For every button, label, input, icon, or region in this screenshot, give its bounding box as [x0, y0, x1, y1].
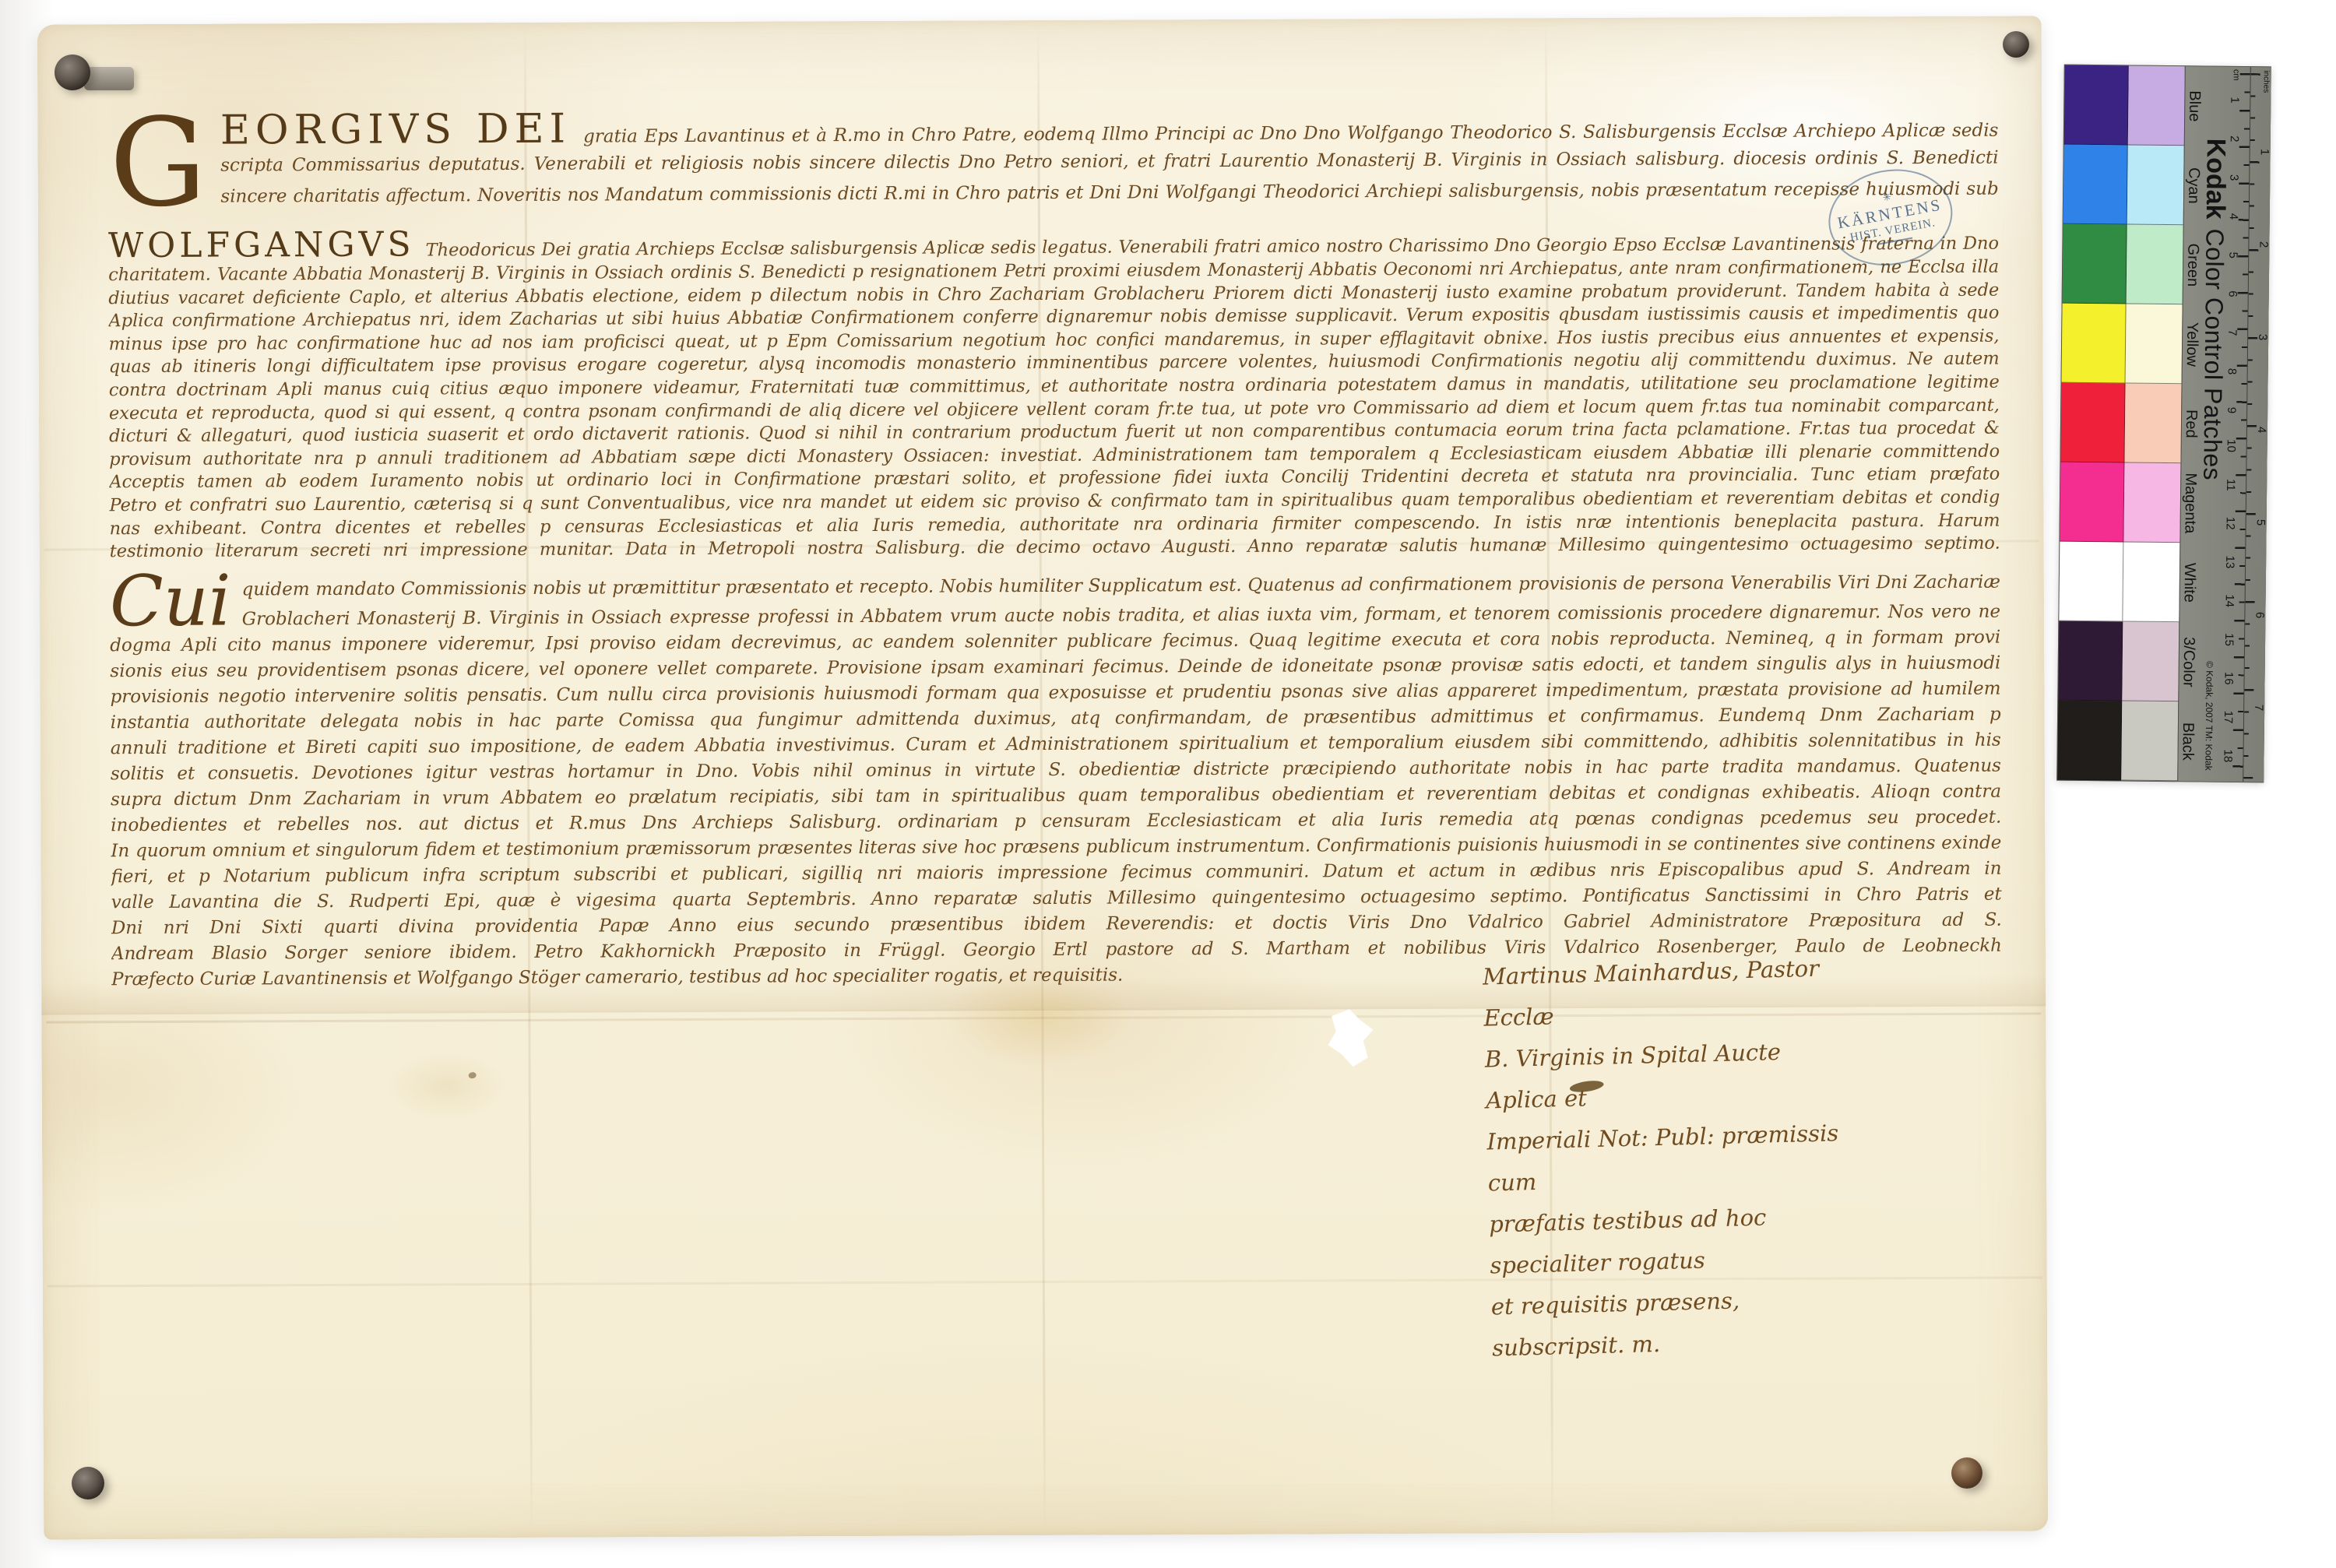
scan-background: G EORGIVS DEIgratia Eps Lavantinus et à …: [0, 0, 2336, 1568]
cm-number: 7: [2226, 300, 2239, 339]
inch-number: 3: [2257, 252, 2268, 345]
pastel-color-patch: [2123, 542, 2180, 622]
cm-number: 2: [2229, 106, 2241, 145]
parchment-stain: [385, 1050, 509, 1121]
pushpin: [72, 1467, 104, 1499]
color-patch-row: [2060, 462, 2180, 543]
patch-label: Cyan: [2183, 146, 2203, 225]
heading-georgius-dei: EORGIVS DEI: [220, 106, 571, 150]
patch-label: Magenta: [2179, 463, 2199, 543]
inch-number: 6: [2253, 530, 2265, 623]
color-patch-row: [2062, 304, 2183, 385]
signature-line: Martinus Mainhardus, Pastor Ecclæ: [1483, 947, 1859, 1039]
cm-number: 3: [2228, 144, 2240, 183]
patch-label: Blue: [2184, 66, 2204, 146]
paragraph-wolfgangus: WOLFGANGVSTheodoricus Dei gratia Archiep…: [108, 220, 2000, 564]
color-patch-row: [2060, 383, 2181, 464]
kodak-rotated-content: inches 12345678 cm 123456789101112131415…: [2178, 66, 2271, 782]
pushpin: [2003, 31, 2029, 58]
ink-smudge: [468, 1072, 477, 1079]
cm-number: 15: [2223, 610, 2236, 649]
inch-number: 4: [2256, 345, 2267, 438]
cm-number: 4: [2228, 183, 2240, 222]
patch-label: White: [2179, 543, 2198, 622]
patch-label: Red: [2180, 384, 2200, 463]
saturated-color-patch: [2064, 65, 2130, 146]
color-patch-rows: [2057, 65, 2185, 782]
paragraph-georgius: G EORGIVS DEIgratia Eps Lavantinus et à …: [107, 104, 1999, 213]
cm-number: 12: [2225, 494, 2237, 533]
paragraph-lines: Groblacheri Monasterij B. Virginis in Os…: [110, 599, 2002, 967]
cm-number: 19: [2222, 765, 2234, 782]
cm-number: 1: [2229, 67, 2241, 106]
cm-number: 8: [2226, 338, 2239, 377]
color-patch-row: [2059, 542, 2179, 623]
kodak-logo: Kodak: [2200, 138, 2231, 219]
pastel-color-patch: [2125, 383, 2182, 463]
pastel-color-patch: [2127, 224, 2183, 304]
inch-number: 8: [2252, 715, 2264, 782]
pushpin: [1951, 1457, 1982, 1489]
pushpin: [55, 54, 90, 90]
cm-number: 17: [2222, 687, 2235, 726]
color-patch-row: [2063, 224, 2183, 305]
inch-number: 2: [2257, 160, 2269, 252]
patch-label: Black: [2177, 701, 2197, 781]
pastel-color-patch: [2123, 621, 2179, 701]
saturated-color-patch: [2060, 462, 2125, 543]
patch-label: Green: [2183, 225, 2202, 304]
manuscript-line: sincere charitatis affectum. Noveritis n…: [220, 174, 1999, 213]
pushpin-shaft: [84, 67, 134, 90]
color-patch-row: [2057, 701, 2178, 782]
pastel-color-patch: [2122, 701, 2179, 781]
signature-line: Imperiali Not: Publ: præmissis cum: [1486, 1112, 1863, 1204]
cm-number: 10: [2225, 416, 2238, 455]
cm-number: 18: [2222, 726, 2234, 765]
parchment-document: G EORGIVS DEIgratia Eps Lavantinus et à …: [37, 16, 2048, 1539]
paragraph-cui: Cui quidem mandato Commissionis nobis ut…: [110, 564, 2002, 993]
saturated-color-patch: [2058, 621, 2123, 701]
cm-number: 5: [2227, 222, 2239, 261]
patch-label: 3/Color: [2178, 622, 2197, 701]
manuscript-text: G EORGIVS DEIgratia Eps Lavantinus et à …: [107, 104, 2002, 993]
inch-number: 7: [2253, 623, 2264, 715]
saturated-color-patch: [2060, 383, 2126, 463]
kodak-gray-band: inches 12345678 cm 123456789101112131415…: [2177, 66, 2271, 782]
manuscript-line-text: quidem mandato Commissionis nobis ut præ…: [242, 571, 2000, 599]
signature-line: præfatis testibus ad hoc specialiter rog…: [1489, 1194, 1865, 1286]
color-patch-row: [2063, 145, 2184, 226]
color-patch-row: [2058, 621, 2179, 702]
color-patch-row: [2064, 65, 2185, 146]
saturated-color-patch: [2063, 145, 2129, 225]
heading-wolfgangus: WOLFGANGVS: [108, 225, 415, 265]
saturated-color-patch: [2063, 224, 2128, 304]
cm-number: 16: [2222, 649, 2235, 687]
pastel-color-patch: [2126, 304, 2183, 384]
saturated-color-patch: [2062, 304, 2127, 384]
paragraph-lines: charitatem. Vacante Abbatia Monasterij B…: [108, 256, 2000, 564]
inch-number: 1: [2259, 67, 2271, 160]
cm-number: 6: [2227, 261, 2239, 300]
pastel-color-patch: [2124, 462, 2181, 543]
saturated-color-patch: [2059, 542, 2124, 622]
kodak-color-control-strip: inches 12345678 cm 123456789101112131415…: [2056, 65, 2271, 783]
cm-number: 9: [2225, 377, 2238, 416]
inch-number: 5: [2255, 438, 2267, 530]
drop-cap-initial: G: [107, 111, 220, 209]
cm-number: 11: [2225, 455, 2237, 494]
kodak-copyright: © Kodak, 2007 TM: Kodak: [2204, 661, 2215, 771]
notary-signature-block: Martinus Mainhardus, Pastor EcclæB. Virg…: [1483, 947, 1866, 1369]
pastel-color-patch: [2128, 66, 2185, 146]
cm-number: 14: [2224, 571, 2236, 610]
pastel-color-patch: [2127, 146, 2184, 226]
signature-line: et requisitis præsens, subscripsit. m.: [1490, 1277, 1866, 1369]
drop-cap-cui: Cui: [110, 572, 242, 629]
cm-number: 13: [2224, 532, 2236, 571]
paragraph-lines: scripta Commissarius deputatus. Venerabi…: [107, 142, 1998, 213]
patch-label: Yellow: [2182, 304, 2201, 384]
saturated-color-patch: [2057, 701, 2123, 781]
signature-line: B. Virginis in Spital Aucte Aplica et: [1484, 1029, 1860, 1121]
